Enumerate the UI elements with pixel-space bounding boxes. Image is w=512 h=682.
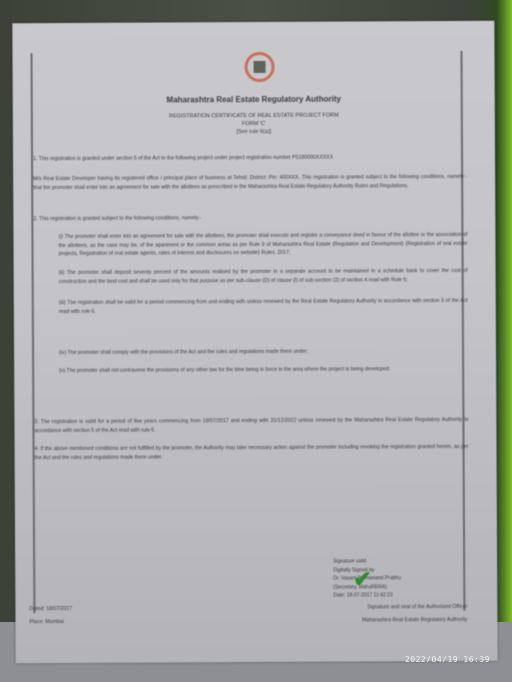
dated-label: Dated: 18/07/2017 <box>29 606 72 612</box>
rule-label: [See rule 6(a)] <box>13 128 495 137</box>
signature-caption: Signature and seal of the Authorized Off… <box>367 604 467 611</box>
condition-3: (iii) The registration shall be valid fo… <box>59 297 468 316</box>
authority-logo-icon <box>244 52 274 82</box>
authority-name: Maharashtra Real Estate Regulatory Autho… <box>13 94 495 106</box>
revocation-paragraph: 4. If the above mentioned conditions are… <box>35 443 469 462</box>
form-label: FORM 'C' <box>13 120 495 129</box>
certificate-title: REGISTRATION CERTIFICATE OF REAL ESTATE … <box>13 112 495 121</box>
fold-line <box>460 51 464 611</box>
condition-2: (ii) The promoter shall deposit seventy … <box>59 267 468 286</box>
fold-line <box>30 53 34 613</box>
camera-timestamp: 2022/04/19 16:39 <box>405 655 490 664</box>
paragraph-2: 2. This registration is granted subject … <box>33 213 467 224</box>
place-label: Place: Mumbai <box>29 619 63 625</box>
authority-caption: Maharashtra Real Estate Regulatory Autho… <box>362 617 468 624</box>
validity-paragraph: 3. The registration is valid for a perio… <box>34 416 468 435</box>
certificate-page: Maharashtra Real Estate Regulatory Autho… <box>12 21 497 664</box>
condition-4: (iv) The promoter shall comply with the … <box>59 347 468 358</box>
condition-5: (v) The promoter shall not contravene th… <box>59 365 468 376</box>
signature-line: Signature valid <box>333 557 401 566</box>
signature-valid-check-icon: ✔ <box>353 566 372 592</box>
paragraph-promoter: M/s Real Estate Developer having its reg… <box>33 173 467 192</box>
paragraph-1: 1. This registration is granted under se… <box>33 153 467 164</box>
condition-1: (i) The promoter shall enter into an agr… <box>58 231 467 259</box>
signature-line: Date: 18-07-2017 11:42:23 <box>333 591 401 600</box>
